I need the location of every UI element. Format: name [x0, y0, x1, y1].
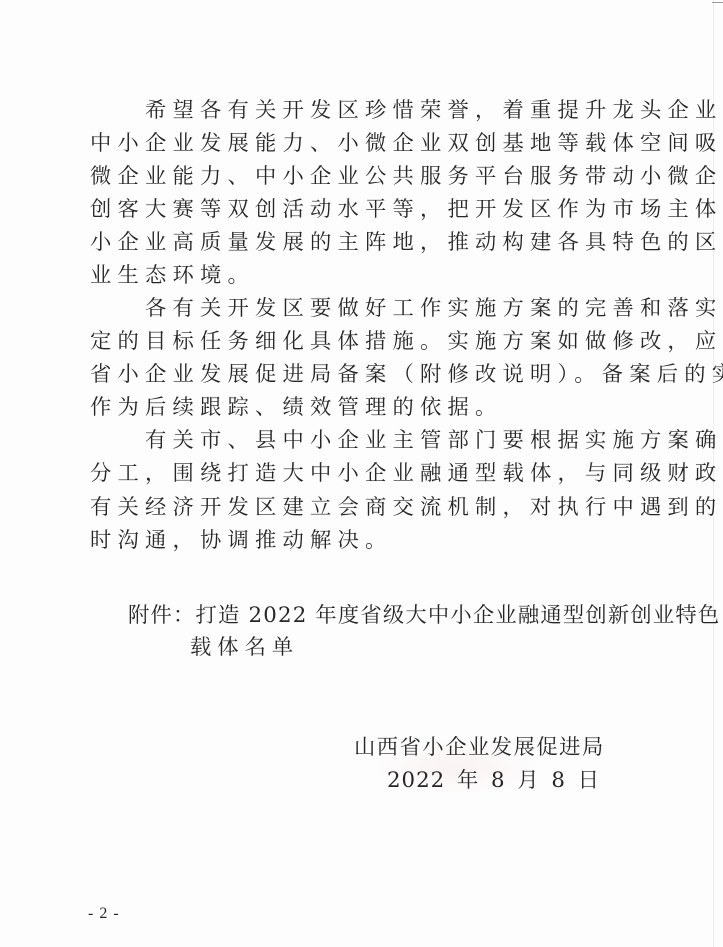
paragraph-line: 省小企业发展促进局备案（附修改说明）。备案后的实施方案: [90, 358, 630, 391]
paragraph-line: 中小企业发展能力、小微企业双创基地等载体空间吸纳服务小: [90, 127, 630, 160]
paragraph-line: 业生态环境。: [90, 259, 630, 292]
paragraph-line: 各有关开发区要做好工作实施方案的完善和落实，按照既: [145, 292, 685, 325]
paragraph-line: 希望各有关开发区珍惜荣誉，着重提升龙头企业协同带动: [145, 94, 685, 127]
paragraph-line: 微企业能力、中小企业公共服务平台服务带动小微企业能力和: [90, 160, 630, 193]
paragraph-line: 有关市、县中小企业主管部门要根据实施方案确定的职责: [145, 424, 685, 457]
paragraph-line: 作为后续跟踪、绩效管理的依据。: [90, 391, 630, 424]
page-number: - 2 -: [88, 903, 120, 925]
attachment-line: 附件：打造 2022 年度省级大中小企业融通型创新创业特色: [128, 599, 720, 632]
paragraph-line: 有关经济开发区建立会商交流机制，对执行中遇到的困难等及: [90, 491, 630, 524]
paragraph-line: 分工，围绕打造大中小企业融通型载体，与同级财政等部门、: [90, 457, 630, 490]
issue-date: 2022 年 8 月 8 日: [387, 764, 600, 797]
paragraph-line: 时沟通，协调推动解决。: [90, 524, 630, 557]
paragraph-line: 定的目标任务细化具体措施。实施方案如做修改，应及时报送: [90, 325, 630, 358]
attachment-line: 载体名单: [190, 631, 299, 664]
document-page: 希望各有关开发区珍惜荣誉，着重提升龙头企业协同带动 中小企业发展能力、小微企业双…: [0, 0, 723, 947]
issuing-organization: 山西省小企业发展促进局: [354, 731, 605, 764]
scan-edge-mark: [712, 2, 723, 3]
paragraph-line: 小企业高质量发展的主阵地，推动构建各具特色的区域创新创: [90, 226, 630, 259]
paragraph-line: 创客大赛等双创活动水平等，把开发区作为市场主体培育、中: [90, 193, 630, 226]
